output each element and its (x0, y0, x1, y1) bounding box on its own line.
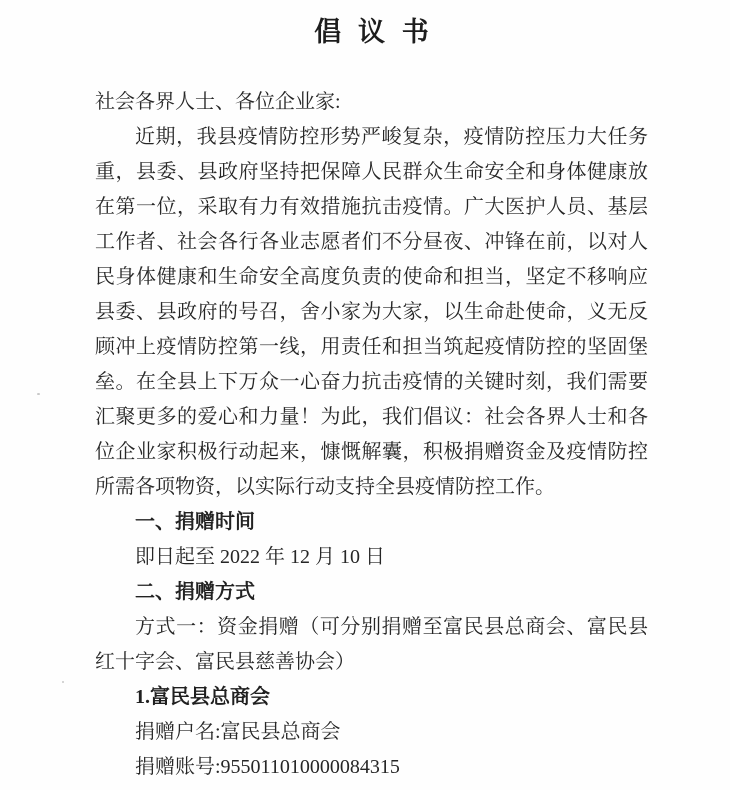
method-1-paragraph: 方式一：资金捐赠（可分别捐赠至富民县总商会、富民县红十字会、富民县慈善协会） (95, 610, 648, 680)
scan-speck (37, 393, 40, 395)
scanned-document-page: 倡议书 社会各界人士、各位企业家: 近期，我县疫情防控形势严峻复杂，疫情防控压力… (0, 0, 730, 790)
section-2-heading: 二、捐赠方式 (95, 575, 648, 610)
document-title: 倡议书 (95, 12, 648, 52)
section-1-heading: 一、捐赠时间 (95, 505, 648, 540)
donation-period-text: 即日起至 2022 年 12 月 10 日 (95, 540, 648, 575)
scan-speck (62, 681, 64, 683)
org-1-heading: 1.富民县总商会 (95, 680, 648, 715)
org-1-account-number: 捐赠账号:955011010000084315 (95, 750, 648, 785)
intro-paragraph: 近期，我县疫情防控形势严峻复杂，疫情防控压力大任务重，县委、县政府坚持把保障人民… (95, 120, 648, 505)
salutation: 社会各界人士、各位企业家: (95, 85, 648, 120)
org-1-account-name: 捐赠户名:富民县总商会 (95, 715, 648, 750)
